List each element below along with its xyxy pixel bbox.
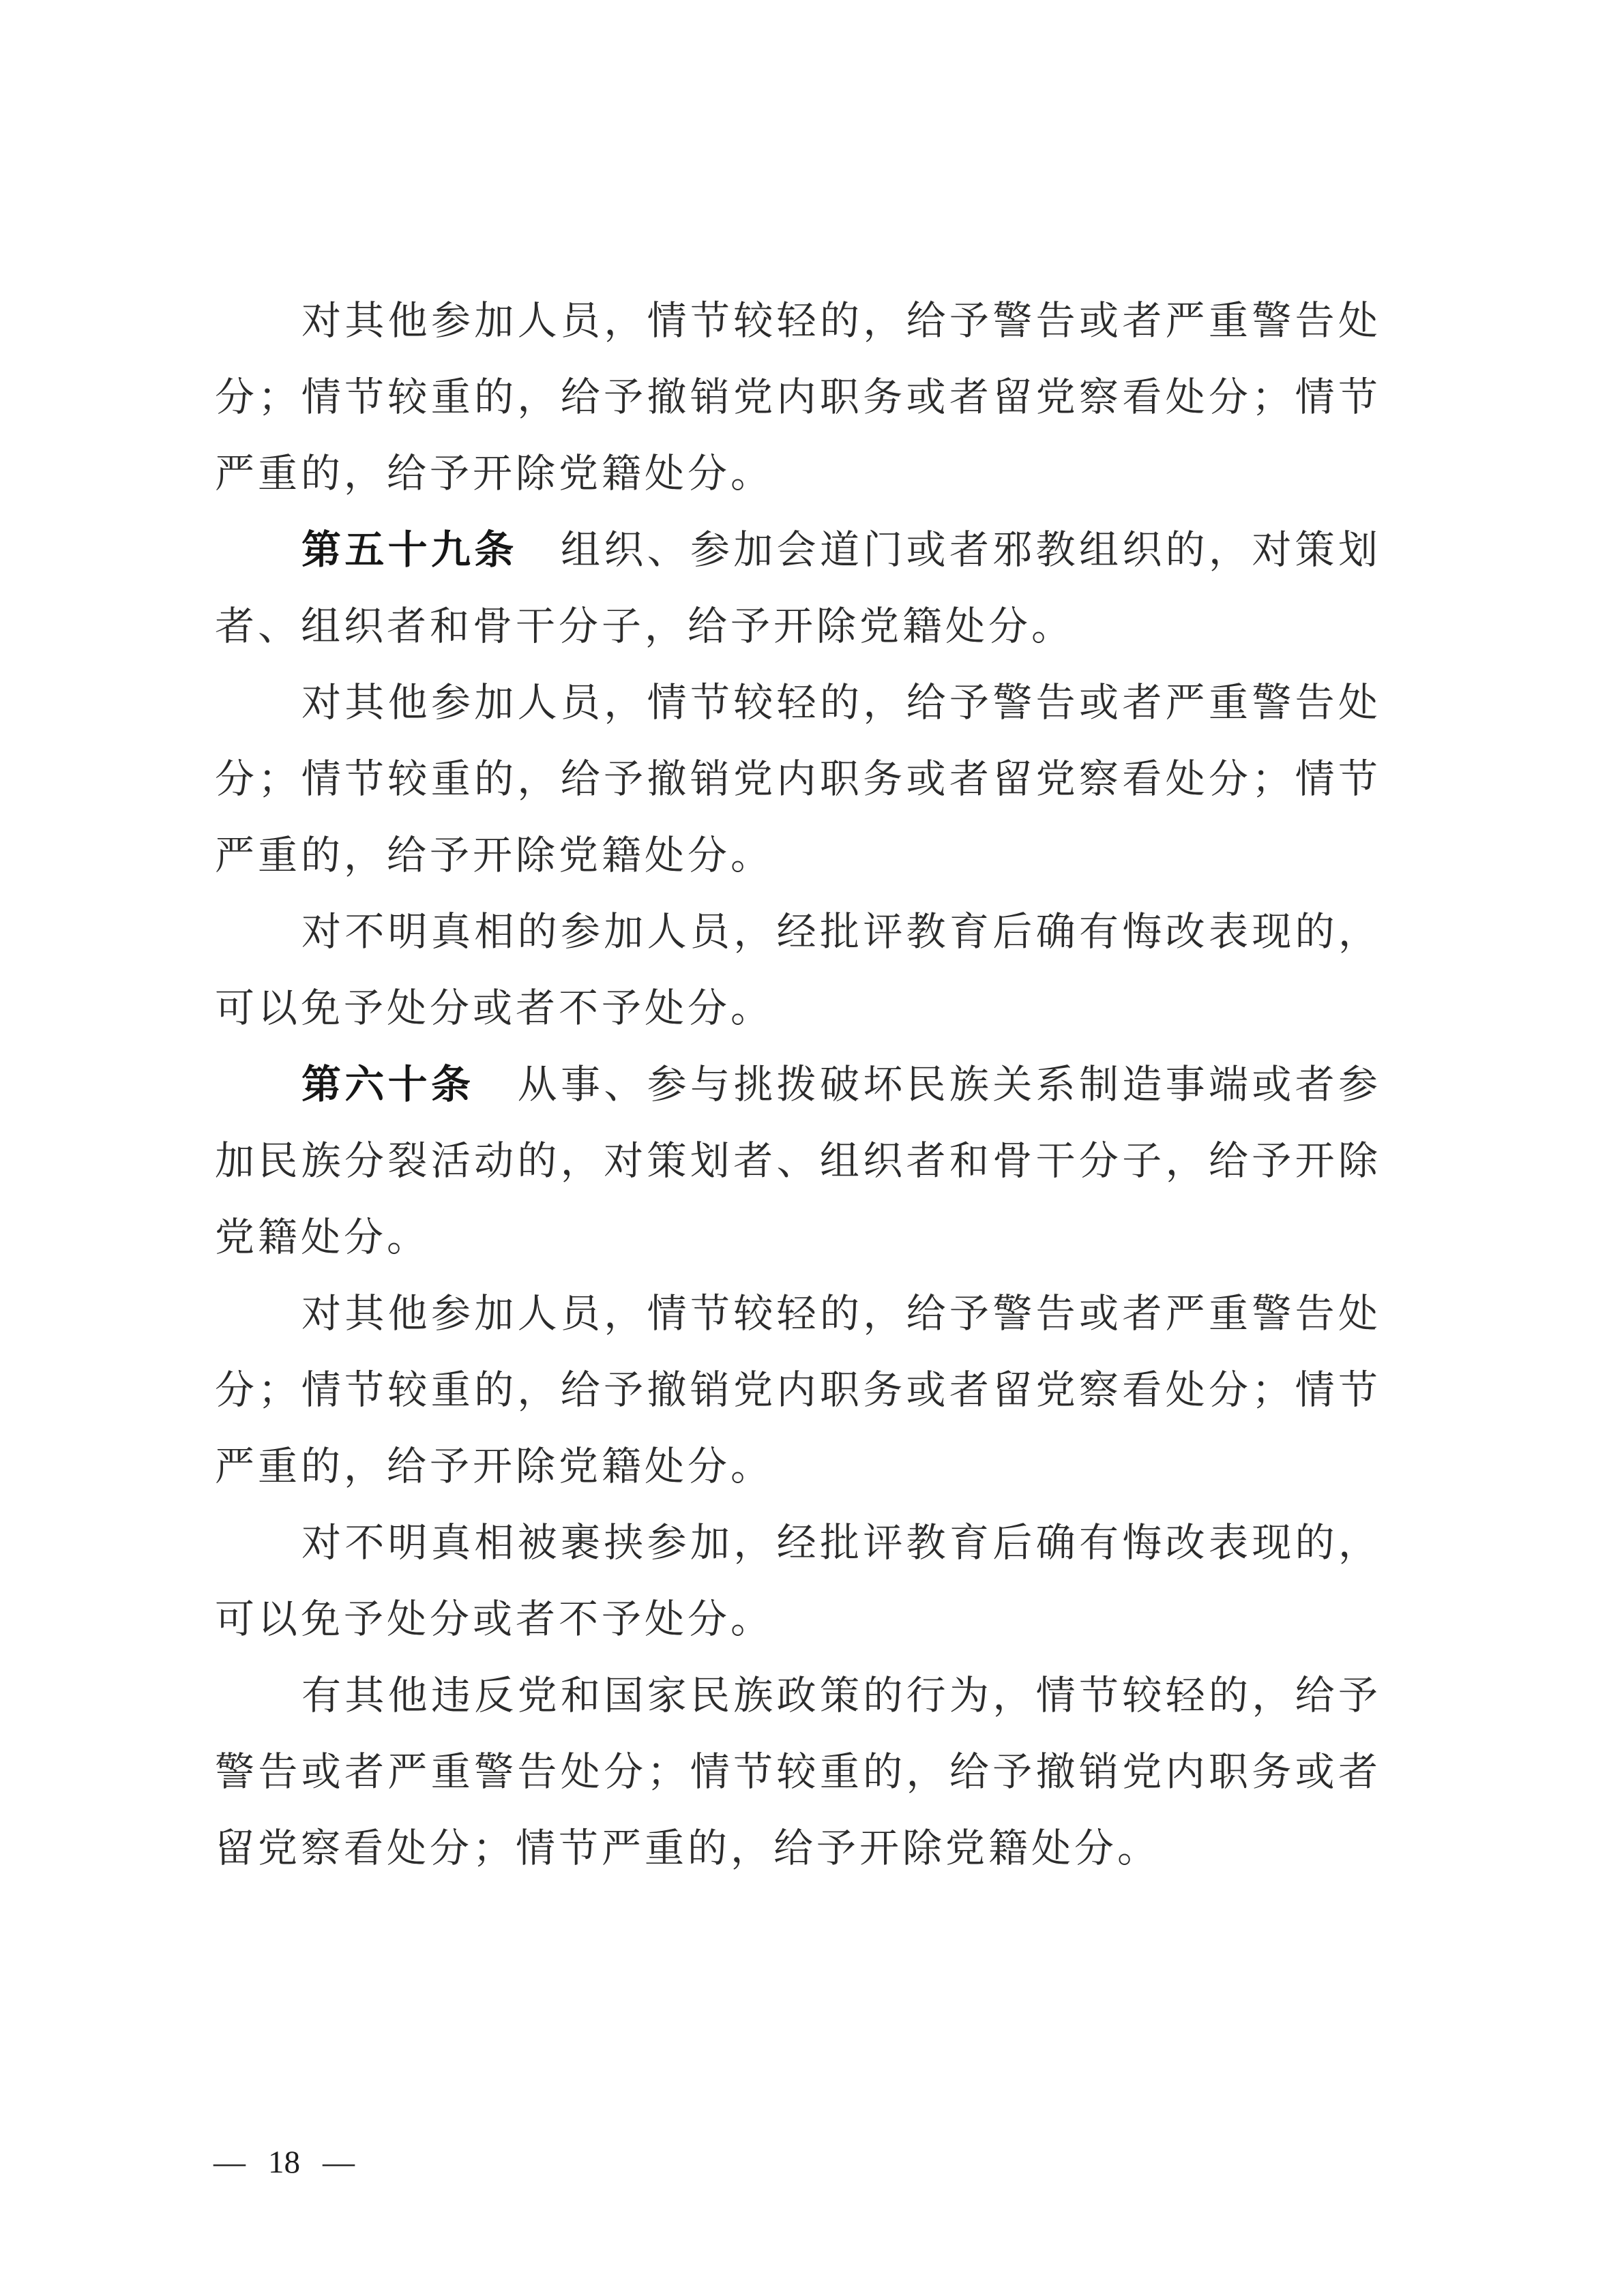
line-text: 可以免予处分或者不予处分。 [215, 986, 773, 1030]
line-text: 严重的，给予开除党籍处分。 [215, 451, 773, 496]
line-text: 对不明真相的参加人员，经批评教育后确有悔改表现的， [301, 910, 1381, 954]
line-text: 者、组织者和骨干分子，给予开除党籍处分。 [215, 604, 1074, 648]
article-number: 第六十条 [301, 1062, 474, 1107]
text-line: 第五十九条 组织、参加会道门或者邪教组织的，对策划 [215, 512, 1381, 588]
line-text: 警告或者严重警告处分；情节较重的，给予撤销党内职务或者 [215, 1750, 1381, 1794]
page-number: 18 [268, 2147, 300, 2179]
text-line: 分；情节较重的，给予撤销党内职务或者留党察看处分；情节 [215, 741, 1381, 818]
line-text: 分；情节较重的，给予撤销党内职务或者留党察看处分；情节 [215, 1368, 1381, 1412]
line-text: 严重的，给予开除党籍处分。 [215, 1444, 773, 1489]
line-text: 加民族分裂活动的，对策划者、组织者和骨干分子，给予开除 [215, 1139, 1381, 1183]
text-line: 对其他参加人员，情节较轻的，给予警告或者严重警告处 [215, 1276, 1381, 1352]
text-line: 对其他参加人员，情节较轻的，给予警告或者严重警告处 [215, 665, 1381, 741]
text-line: 可以免予处分或者不予处分。 [215, 970, 1381, 1047]
line-text: 可以免予处分或者不予处分。 [215, 1597, 773, 1641]
footer-dash-left: — [213, 2147, 246, 2179]
text-line: 分；情节较重的，给予撤销党内职务或者留党察看处分；情节 [215, 1352, 1381, 1429]
page: 对其他参加人员，情节较轻的，给予警告或者严重警告处分；情节较重的，给予撤销党内职… [0, 0, 1624, 2296]
line-text: 分；情节较重的，给予撤销党内职务或者留党察看处分；情节 [215, 375, 1381, 419]
line-text: 分；情节较重的，给予撤销党内职务或者留党察看处分；情节 [215, 757, 1381, 801]
text-line: 有其他违反党和国家民族政策的行为，情节较轻的，给予 [215, 1658, 1381, 1734]
text-line: 对其他参加人员，情节较轻的，给予警告或者严重警告处 [215, 283, 1381, 359]
line-text: 留党察看处分；情节严重的，给予开除党籍处分。 [215, 1826, 1160, 1870]
text-line: 严重的，给予开除党籍处分。 [215, 436, 1381, 512]
text-line: 对不明真相的参加人员，经批评教育后确有悔改表现的， [215, 894, 1381, 970]
line-text: 对不明真相被裹挟参加，经批评教育后确有悔改表现的， [301, 1521, 1381, 1565]
text-line: 分；情节较重的，给予撤销党内职务或者留党察看处分；情节 [215, 359, 1381, 436]
line-text: 从事、参与挑拨破坏民族关系制造事端或者参 [474, 1062, 1381, 1107]
text-line: 严重的，给予开除党籍处分。 [215, 818, 1381, 894]
line-text: 对其他参加人员，情节较轻的，给予警告或者严重警告处 [301, 1292, 1381, 1336]
text-line: 第六十条 从事、参与挑拨破坏民族关系制造事端或者参 [215, 1047, 1381, 1123]
text-line: 对不明真相被裹挟参加，经批评教育后确有悔改表现的， [215, 1505, 1381, 1581]
text-line: 警告或者严重警告处分；情节较重的，给予撤销党内职务或者 [215, 1734, 1381, 1810]
text-line: 加民族分裂活动的，对策划者、组织者和骨干分子，给予开除 [215, 1123, 1381, 1199]
article-number: 第五十九条 [301, 528, 518, 572]
line-text: 对其他参加人员，情节较轻的，给予警告或者严重警告处 [301, 681, 1381, 725]
footer-dash-right: — [323, 2147, 355, 2179]
text-line: 者、组织者和骨干分子，给予开除党籍处分。 [215, 588, 1381, 665]
line-text: 有其他违反党和国家民族政策的行为，情节较轻的，给予 [301, 1673, 1381, 1718]
line-text: 党籍处分。 [215, 1215, 430, 1259]
line-text: 严重的，给予开除党籍处分。 [215, 833, 773, 878]
line-text: 组织、参加会道门或者邪教组织的，对策划 [518, 528, 1381, 572]
line-text: 对其他参加人员，情节较轻的，给予警告或者严重警告处 [301, 299, 1381, 343]
text-line: 党籍处分。 [215, 1199, 1381, 1276]
text-line: 留党察看处分；情节严重的，给予开除党籍处分。 [215, 1810, 1381, 1887]
document-body: 对其他参加人员，情节较轻的，给予警告或者严重警告处分；情节较重的，给予撤销党内职… [215, 283, 1381, 1887]
text-line: 严重的，给予开除党籍处分。 [215, 1429, 1381, 1505]
page-footer: — 18 — [213, 2147, 355, 2179]
text-line: 可以免予处分或者不予处分。 [215, 1581, 1381, 1658]
